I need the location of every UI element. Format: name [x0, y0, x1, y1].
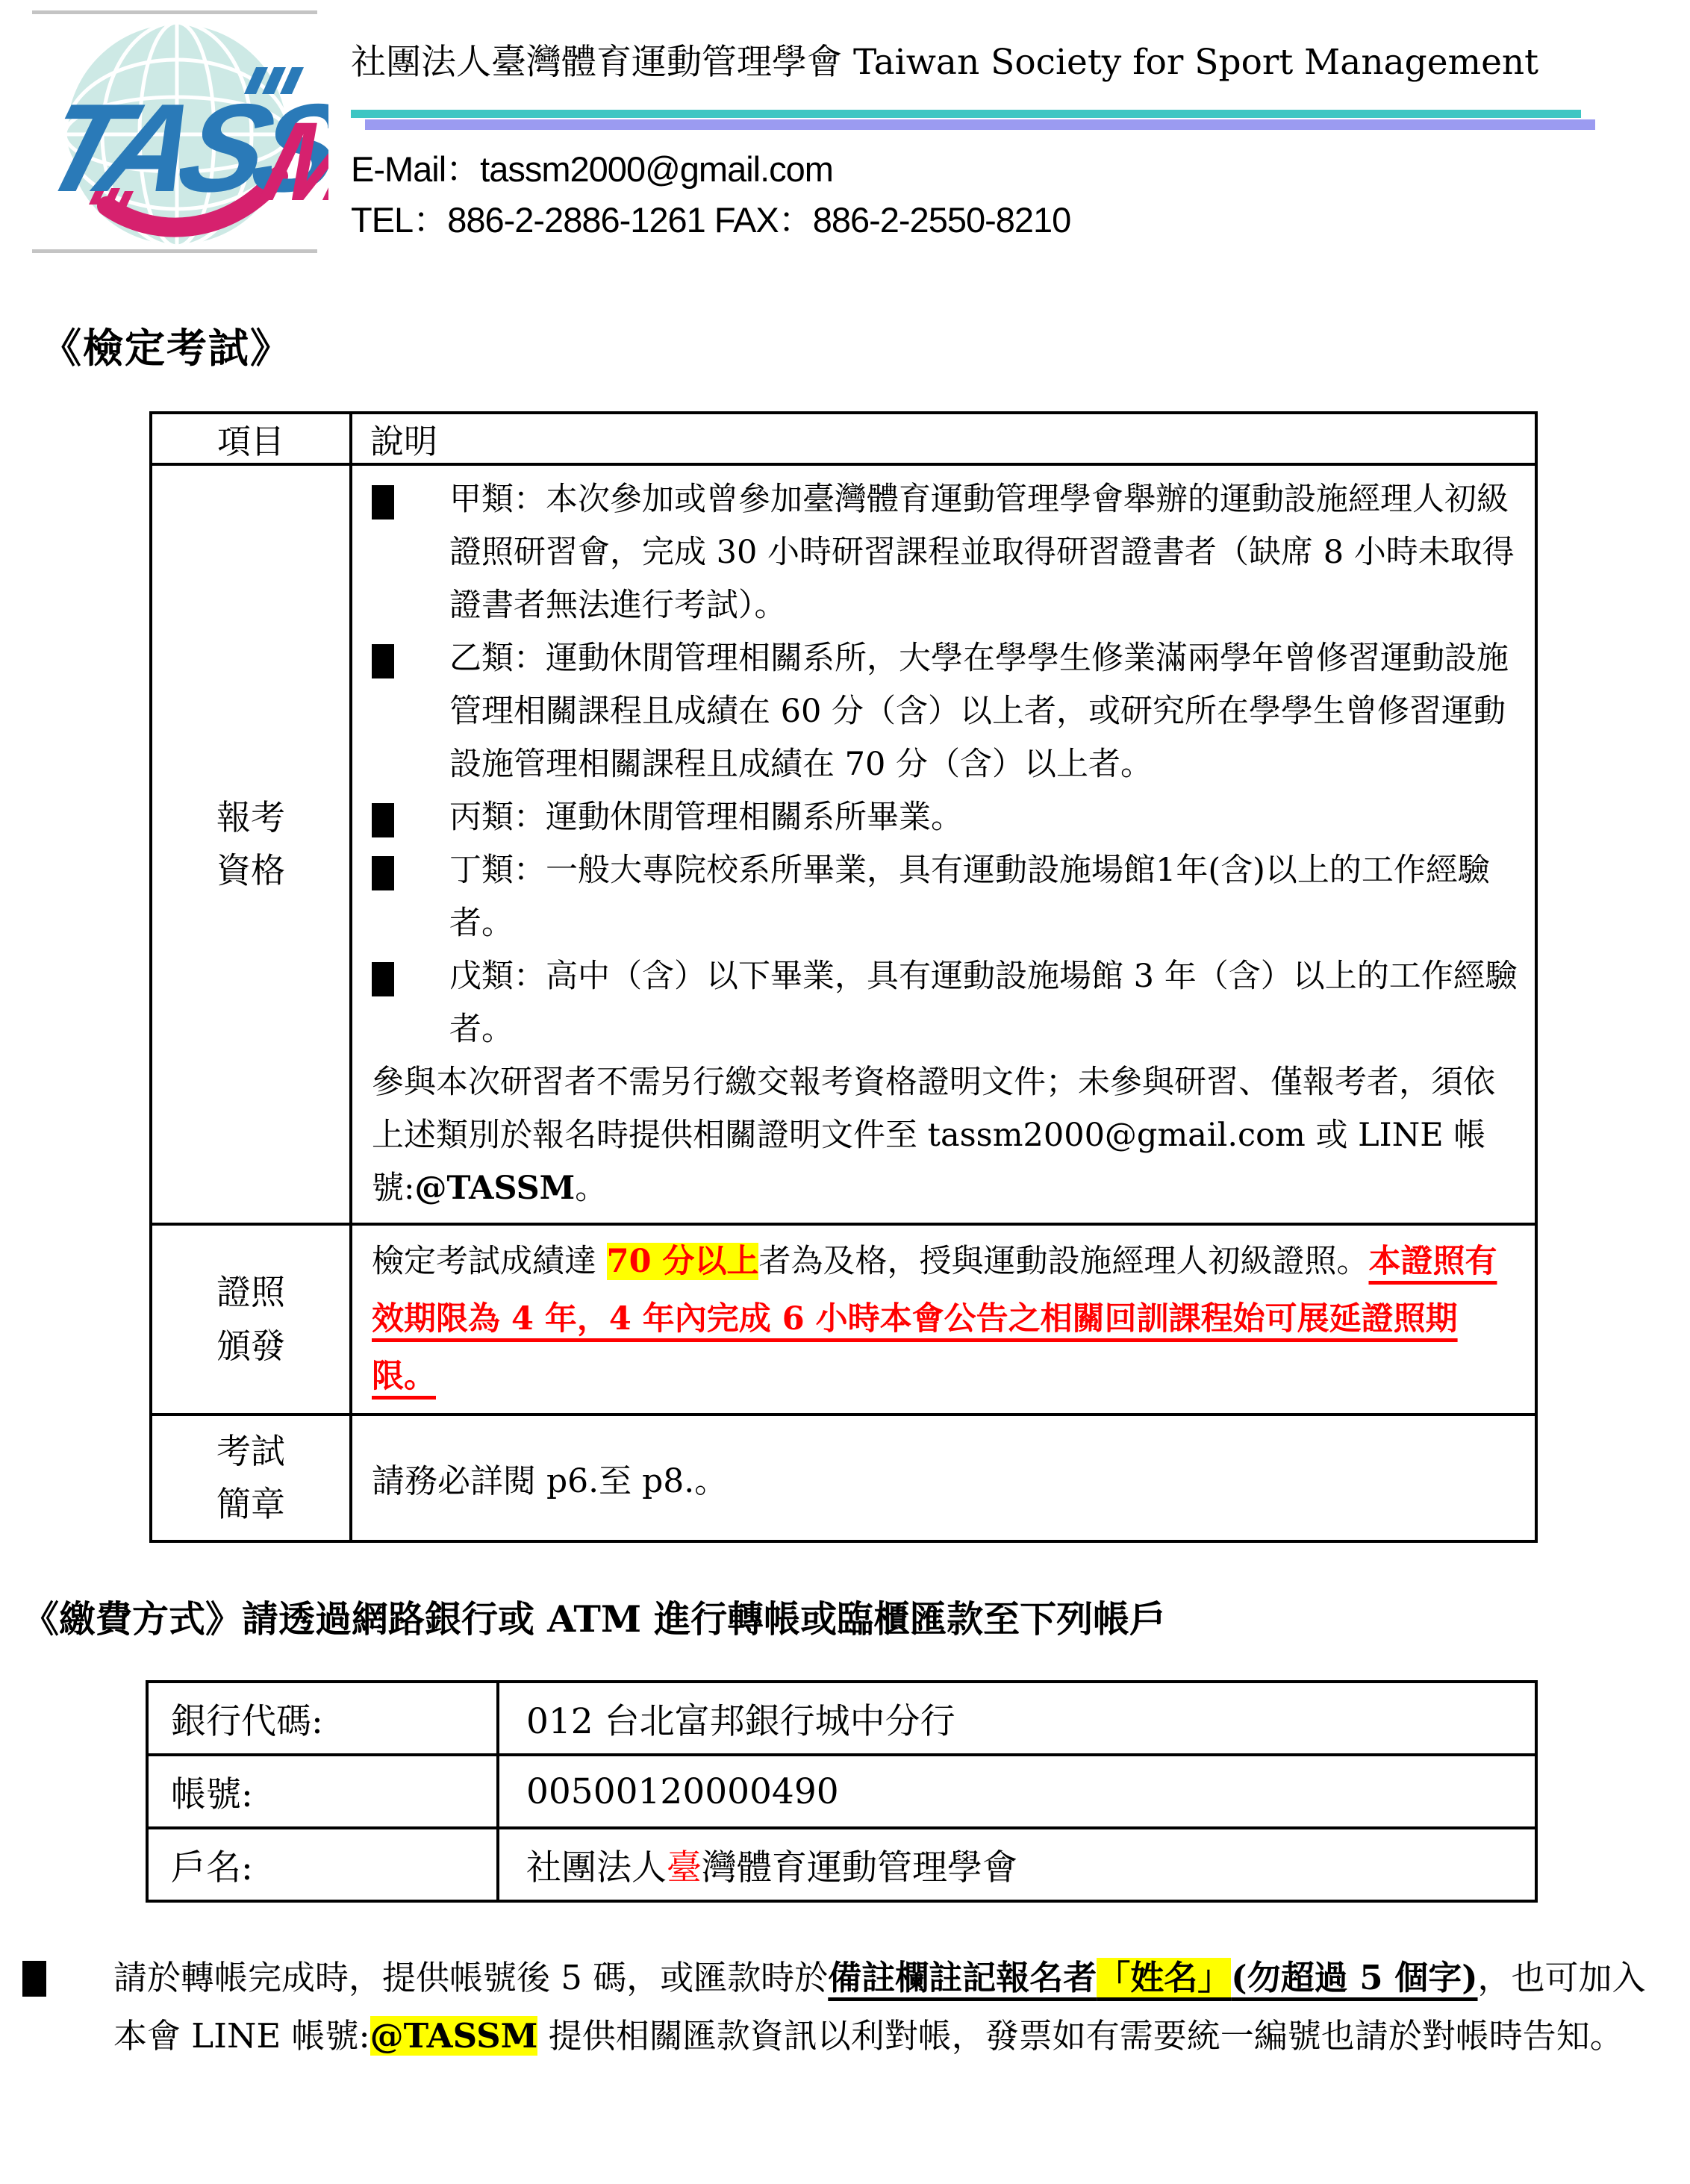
- bank-info-table: 銀行代碼: 012 台北富邦銀行城中分行 帳號: 00500120000490 …: [146, 1680, 1538, 1903]
- bank-code-row: 銀行代碼: 012 台北富邦銀行城中分行: [147, 1682, 1536, 1755]
- transfer-instructions: 請於轉帳完成時，提供帳號後 5 碼，或匯款時於備註欄註記報名者「姓名」(勿超過 …: [22, 1949, 1649, 2065]
- account-name-text: 灣體育運動管理學會: [702, 1847, 1017, 1888]
- exam-table-header-row: 項目 說明: [151, 413, 1536, 464]
- row-eligibility: 報考 資格 甲類：本次參加或曾參加臺灣體育運動管理學會舉辦的運動設施經理人初級證…: [151, 464, 1536, 1224]
- divider-purple: [365, 119, 1595, 130]
- bullet-text: 丙類：運動休閒管理相關系所畢業。: [449, 791, 1521, 844]
- square-bullet-icon: [352, 632, 449, 791]
- bullet-text: 丁類：一般大專院校系所畢業，具有運動設施場館1年(含)以上的工作經驗者。: [449, 844, 1521, 950]
- square-bullet-icon: [352, 844, 449, 950]
- label-line: 資格: [152, 844, 349, 897]
- payment-section-title: 《繳費方式》請透過網路銀行或 ATM 進行轉帳或臨櫃匯款至下列帳戶: [22, 1591, 1690, 1643]
- bullet-text: 甲類：本次參加或曾參加臺灣體育運動管理學會舉辦的運動設施經理人初級證照研習會，完…: [449, 473, 1521, 632]
- bullet-class-d: 丁類：一般大專院校系所畢業，具有運動設施場館1年(含)以上的工作經驗者。: [352, 844, 1521, 950]
- transfer-instructions-text: 請於轉帳完成時，提供帳號後 5 碼，或匯款時於備註欄註記報名者「姓名」(勿超過 …: [113, 1949, 1649, 2065]
- bullet-text: 乙類：運動休閒管理相關系所，大學在學學生修業滿兩學年曾修習運動設施管理相關課程且…: [449, 632, 1521, 791]
- label-line: 考試: [152, 1425, 349, 1478]
- email-line: E-Mail：tassm2000@gmail.com: [351, 142, 833, 192]
- row-eligibility-desc: 甲類：本次參加或曾參加臺灣體育運動管理學會舉辦的運動設施經理人初級證照研習會，完…: [351, 464, 1536, 1224]
- header: TASS M 社團法人臺灣體育運動管理學會 Taiwan Society for…: [0, 0, 1690, 285]
- bullet-class-e: 戊類：高中（含）以下畢業，具有運動設施場館 3 年（含）以上的工作經驗者。: [352, 950, 1521, 1056]
- payment-title-text: 請透過網路銀行或 ATM 進行轉帳或臨櫃匯款至下列帳戶: [242, 1597, 1166, 1641]
- account-name-red-char: 臺: [667, 1847, 702, 1888]
- row-license: 證照 頒發 檢定考試成績達 70 分以上者為及格，授與運動設施經理人初級證照。本…: [151, 1224, 1536, 1414]
- label-line: 證照: [152, 1266, 349, 1319]
- org-name: 社團法人臺灣體育運動管理學會 Taiwan Society for Sport …: [351, 34, 1538, 84]
- name-highlight: 「姓名」: [1097, 1958, 1231, 1997]
- exam-table: 項目 說明 報考 資格 甲類：本次參加或曾參加臺灣體育運動管理學會舉辦的運動設施…: [149, 411, 1538, 1543]
- account-name-value: 社團法人臺灣體育運動管理學會: [498, 1828, 1536, 1901]
- account-name-label: 戶名:: [147, 1828, 498, 1901]
- divider-teal: [351, 110, 1581, 118]
- tel-fax-line: TEL：886-2-2886-1261 FAX：886-2-2550-8210: [351, 193, 1070, 243]
- payment-title-bracket: 《繳費方式》: [22, 1597, 242, 1641]
- square-bullet-icon: [352, 791, 449, 844]
- row-license-desc: 檢定考試成績達 70 分以上者為及格，授與運動設施經理人初級證照。本證照有效期限…: [351, 1224, 1536, 1414]
- bullet-class-b: 乙類：運動休閒管理相關系所，大學在學學生修業滿兩學年曾修習運動設施管理相關課程且…: [352, 632, 1521, 791]
- row-guide-desc: 請務必詳閱 p6.至 p8.。: [351, 1414, 1536, 1541]
- note-text: 提供相關匯款資訊以利對帳，發票如有需要統一編號也請於對帳時告知。: [537, 2016, 1623, 2056]
- exam-section-title: 《檢定考試》: [41, 316, 1690, 374]
- account-number-value: 00500120000490: [498, 1755, 1536, 1828]
- bullet-class-c: 丙類：運動休閒管理相關系所畢業。: [352, 791, 1521, 844]
- account-name-row: 戶名: 社團法人臺灣體育運動管理學會: [147, 1828, 1536, 1901]
- eligibility-note: 參與本次研習者不需另行繳交報考資格證明文件；未參與研習、僅報考者，須依上述類別於…: [352, 1056, 1521, 1215]
- char-limit-emphasis: (勿超過 5 個字): [1231, 1958, 1477, 1997]
- col-header-item: 項目: [151, 413, 351, 464]
- account-number-label: 帳號:: [147, 1755, 498, 1828]
- license-text: 檢定考試成績達: [372, 1243, 607, 1280]
- row-eligibility-label: 報考 資格: [151, 464, 351, 1224]
- tassm-logo-graphic: TASS M: [19, 6, 328, 258]
- square-bullet-icon: [22, 1949, 113, 2065]
- label-line: 報考: [152, 791, 349, 844]
- license-text: 者為及格，授與運動設施經理人初級證照。: [758, 1243, 1368, 1280]
- label-line: 頒發: [152, 1320, 349, 1373]
- remark-field-emphasis: 備註欄註記報名者: [828, 1958, 1097, 1997]
- bank-code-label: 銀行代碼:: [147, 1682, 498, 1755]
- note-text: 請於轉帳完成時，提供帳號後 5 碼，或匯款時於: [113, 1958, 828, 1997]
- col-header-desc: 說明: [351, 413, 1536, 464]
- row-guide: 考試 簡章 請務必詳閱 p6.至 p8.。: [151, 1414, 1536, 1541]
- row-guide-label: 考試 簡章: [151, 1414, 351, 1541]
- account-name-text: 社團法人: [526, 1847, 667, 1888]
- tassm-logo: TASS M: [19, 6, 328, 258]
- document-page: TASS M 社團法人臺灣體育運動管理學會 Taiwan Society for…: [0, 0, 1690, 2184]
- bank-code-value: 012 台北富邦銀行城中分行: [498, 1682, 1536, 1755]
- row-license-label: 證照 頒發: [151, 1224, 351, 1414]
- note-text: 。: [575, 1170, 607, 1207]
- bullet-text: 戊類：高中（含）以下畢業，具有運動設施場館 3 年（含）以上的工作經驗者。: [449, 950, 1521, 1056]
- account-number-row: 帳號: 00500120000490: [147, 1755, 1536, 1828]
- line-handle-highlight: @TASSM: [370, 2016, 538, 2056]
- square-bullet-icon: [352, 473, 449, 632]
- bullet-class-a: 甲類：本次參加或曾參加臺灣體育運動管理學會舉辦的運動設施經理人初級證照研習會，完…: [352, 473, 1521, 632]
- line-handle: @TASSM: [415, 1170, 576, 1207]
- square-bullet-icon: [352, 950, 449, 1056]
- label-line: 簡章: [152, 1478, 349, 1531]
- passing-score-highlight: 70 分以上: [607, 1243, 759, 1280]
